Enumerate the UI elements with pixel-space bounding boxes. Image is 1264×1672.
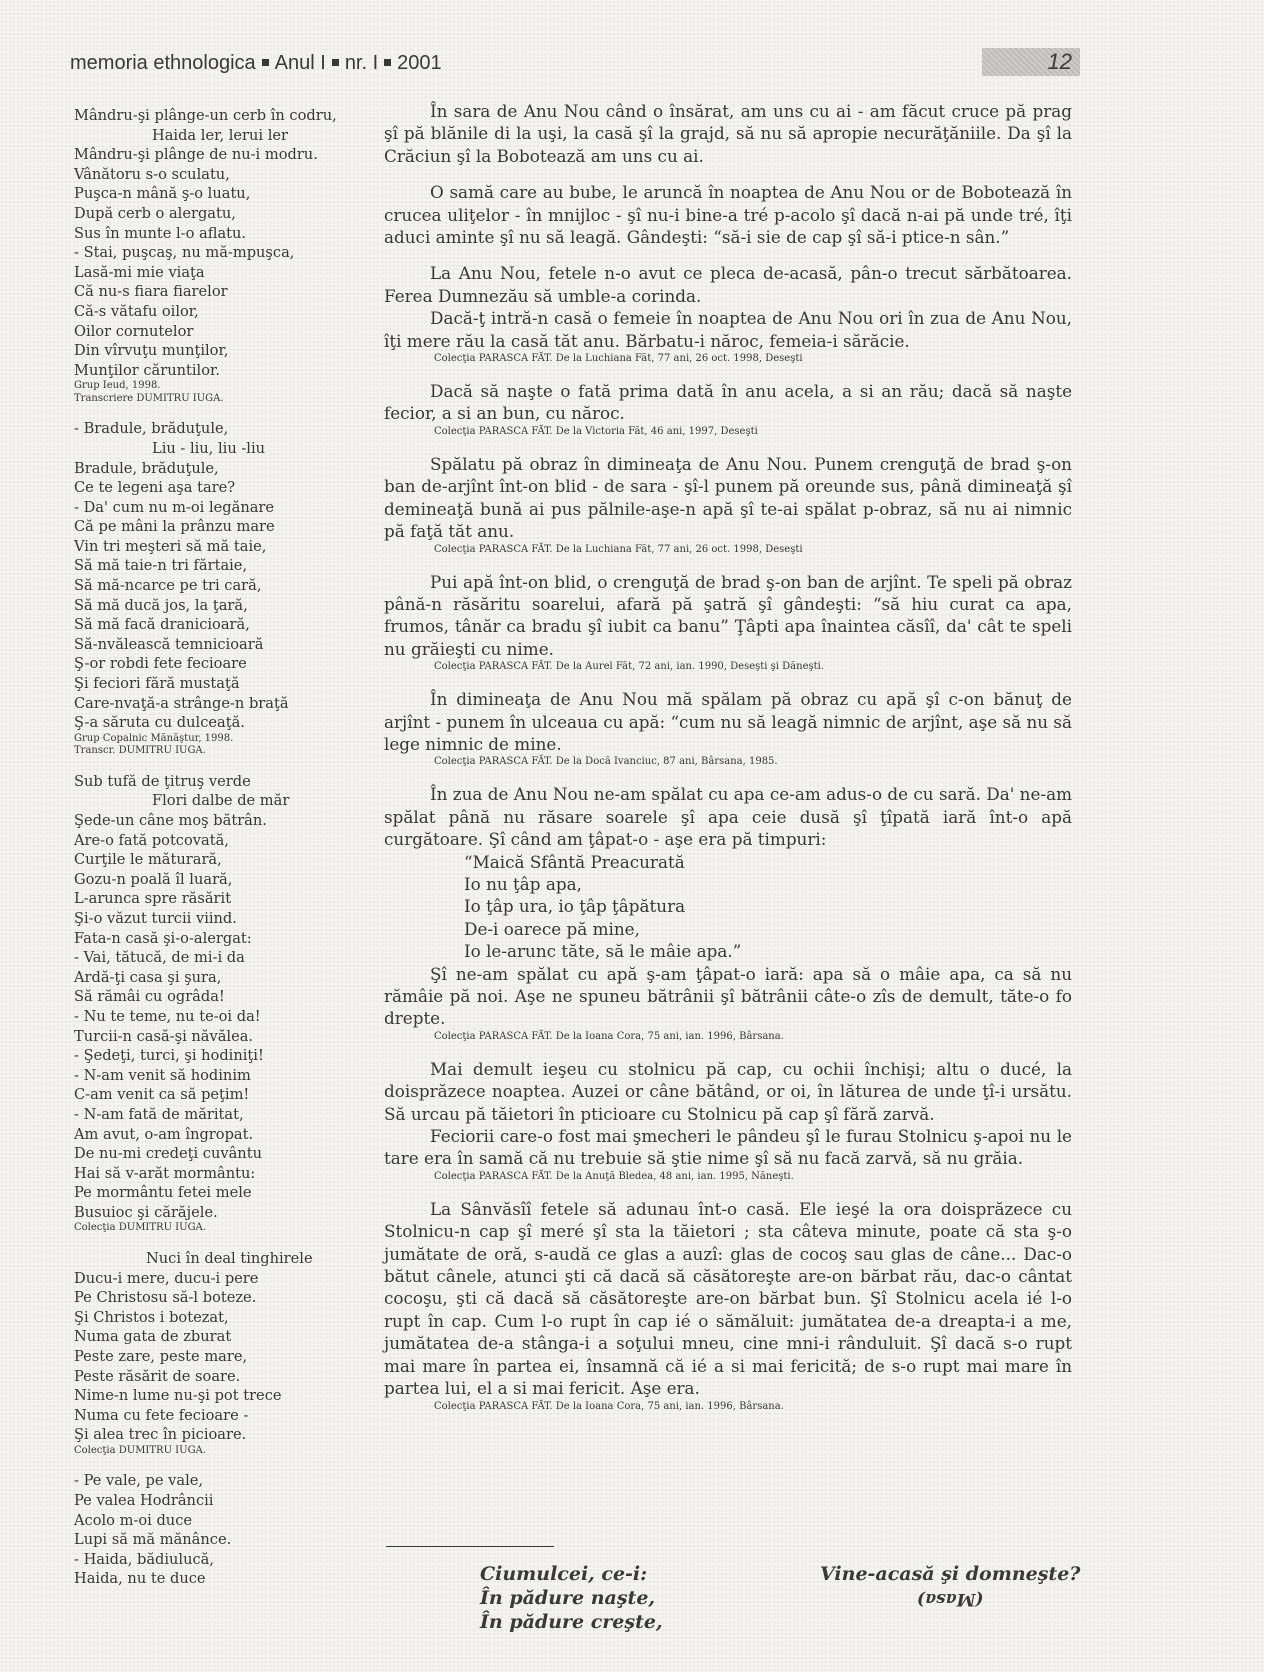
paragraph: În sara de Anu Nou când o însărat, am un…	[384, 100, 1072, 167]
paragraph: Feciorii care-o fost mai şmecheri le pân…	[384, 1125, 1072, 1170]
poem: Mândru-şi plânge-un cerb în codru, Haida…	[74, 106, 364, 405]
poem-line: Ş-or robdi fete fecioare	[74, 654, 364, 674]
issue: nr. I	[345, 52, 378, 74]
poem-refrain: Flori dalbe de măr	[74, 791, 364, 811]
poem-line: Vânătoru s-o sculatu,	[74, 165, 364, 185]
poem-line: Pe valea Hodrâncii	[74, 1491, 364, 1511]
poem-line: Lupi să mă mănânce.	[74, 1530, 364, 1550]
poem-line: Care-nvaţă-a strânge-n braţă	[74, 694, 364, 714]
page-number-box: 12	[982, 48, 1080, 76]
poem-line: Să mă-ncarce pe tri cară,	[74, 576, 364, 596]
riddle-answer: (Masa)	[917, 1587, 984, 1611]
source-credit: Colecţia PARASCA FĂT. De la Aurel Făt, 7…	[384, 660, 1072, 674]
poem-line: Bradule, brăduţule,	[74, 459, 364, 479]
poem-line: Să mă taie-n tri fărtaie,	[74, 556, 364, 576]
poem-line: Munţilor căruntilor.	[74, 361, 364, 381]
poem-line: Şi-o văzut turcii viind.	[74, 909, 364, 929]
poem-line: Peste zare, peste mare,	[74, 1347, 364, 1367]
poem-line: Şi feciori fără mustaţă	[74, 674, 364, 694]
riddle-line: În pădure naşte,	[480, 1586, 663, 1610]
poem-line: Puşca-n mână ş-o luatu,	[74, 184, 364, 204]
poem-line: Să-nvălească temnicioară	[74, 635, 364, 655]
right-column-prose: În sara de Anu Nou când o însărat, am un…	[384, 100, 1072, 1428]
poem-line: Numa cu fete fecioare -	[74, 1406, 364, 1426]
poem: Sub tufă de ţitruş verde Flori dalbe de …	[74, 772, 364, 1235]
journal-title: memoria ethnologica	[70, 52, 256, 74]
paragraph: În dimineaţa de Anu Nou mă spălam pă obr…	[384, 688, 1072, 755]
poem-line: Ş-a săruta cu dulceaţă.	[74, 713, 364, 733]
poem-credit: Colecţia DUMITRU IUGA.	[74, 1445, 364, 1458]
poem-line: Peste răsărit de soare.	[74, 1367, 364, 1387]
poem-line: Mândru-şi plânge de nu-i modru.	[74, 145, 364, 165]
running-header: memoria ethnologicaAnul Inr. I2001	[70, 52, 442, 75]
poem-line: Mândru-şi plânge-un cerb în codru,	[74, 106, 364, 126]
year: 2001	[397, 52, 442, 74]
source-credit: Colecţia PARASCA FĂT. De la Ioana Cora, …	[384, 1400, 1072, 1414]
poem-line: Pe mormântu fetei mele	[74, 1183, 364, 1203]
poem-line: Ce te legeni aşa tare?	[74, 478, 364, 498]
poem-line: - Bradule, brăduţule,	[74, 419, 364, 439]
poem-line: - Vai, tătucă, de mi-i da	[74, 948, 364, 968]
source-credit: Colecţia PARASCA FĂT. De la Luchiana Făt…	[384, 352, 1072, 366]
poem-line: - N-am venit să hodinim	[74, 1066, 364, 1086]
poem-credit: Transcr. DUMITRU IUGA.	[74, 745, 364, 758]
poem-line: C-am venit ca să peţim!	[74, 1085, 364, 1105]
paragraph: Dacă-ţ intră-n casă o femeie în noaptea …	[384, 307, 1072, 352]
verse-line: De-i oarece pă mine,	[464, 918, 1072, 940]
paragraph: Şî ne-am spălat cu apă ş-am ţâpat-o iară…	[384, 963, 1072, 1030]
poem-line: Lasă-mi mie viaţa	[74, 263, 364, 283]
source-credit: Colecţia PARASCA FĂT. De la Docă Ivanciu…	[384, 755, 1072, 769]
poem: - Pe vale, pe vale, Pe valea Hodrâncii A…	[74, 1471, 364, 1589]
paragraph: Pui apă înt-on blid, o crenguţă de brad …	[384, 571, 1072, 661]
poem-line: De nu-mi credeţi cuvântu	[74, 1144, 364, 1164]
poem-line: Nime-n lume nu-şi pot trece	[74, 1386, 364, 1406]
poem-credit: Transcriere DUMITRU IUGA.	[74, 393, 364, 406]
poem-line: După cerb o alergatu,	[74, 204, 364, 224]
poem-credit: Grup Copalnic Mănăştur, 1998.	[74, 733, 364, 746]
poem-line: Să mă ducă jos, la ţară,	[74, 596, 364, 616]
poem-line: Că-s vătafu oilor,	[74, 302, 364, 322]
poem-line: Ducu-i mere, ducu-i pere	[74, 1269, 364, 1289]
poem-line: Vin tri meşteri să mă taie,	[74, 537, 364, 557]
riddle-line: Vine-acasă şi domneşte?	[820, 1562, 1080, 1586]
divider-rule	[386, 1546, 554, 1547]
poem-line: Busuioc şi cărăjele.	[74, 1203, 364, 1223]
poem-line: - Pe vale, pe vale,	[74, 1471, 364, 1491]
poem-line: Curţile le măturară,	[74, 850, 364, 870]
verse-line: Io le-arunc tăte, să le mâie apa.”	[464, 940, 1072, 962]
poem-line: L-arunca spre răsărit	[74, 889, 364, 909]
poem-line: Că nu-s fiara fiarelor	[74, 282, 364, 302]
paragraph: În zua de Anu Nou ne-am spălat cu apa ce…	[384, 783, 1072, 850]
poem-credit: Colecţia DUMITRU IUGA.	[74, 1222, 364, 1235]
verse-line: “Maică Sfântă Preacurată	[464, 851, 1072, 873]
poem-line: Numa gata de zburat	[74, 1327, 364, 1347]
paragraph: Dacă să naşte o fată prima dată în anu a…	[384, 380, 1072, 425]
poem-line: Acolo m-oi duce	[74, 1511, 364, 1531]
poem-refrain: Liu - liu, liu -liu	[74, 439, 364, 459]
poem-line: Şi alea trec în picioare.	[74, 1425, 364, 1445]
poem-line: - Haida, bădiulucă,	[74, 1550, 364, 1570]
paragraph: Mai demult ieşeu cu stolnicu pă cap, cu …	[384, 1058, 1072, 1125]
poem-line: Turcii-n casă-şi năvălea.	[74, 1027, 364, 1047]
paragraph: La Anu Nou, fetele n-o avut ce pleca de-…	[384, 262, 1072, 307]
poem-line: Să rămâi cu ogrâda!	[74, 987, 364, 1007]
source-credit: Colecţia PARASCA FĂT. De la Luchiana Făt…	[384, 543, 1072, 557]
poem-line: Ardă-ţi casa şi şura,	[74, 968, 364, 988]
square-bullet-icon	[332, 59, 339, 66]
poem-line: Gozu-n poală îl luară,	[74, 870, 364, 890]
poem-line: Că pe mâni la prânzu mare	[74, 517, 364, 537]
poem-credit: Grup Ieud, 1998.	[74, 380, 364, 393]
left-column-poems: Mândru-şi plânge-un cerb în codru, Haida…	[74, 106, 364, 1589]
poem-line: Şi Christos i botezat,	[74, 1308, 364, 1328]
poem-line: Pe Christosu să-l boteze.	[74, 1288, 364, 1308]
poem-line: Fata-n casă şi-o-alergat:	[74, 929, 364, 949]
poem-line: Sub tufă de ţitruş verde	[74, 772, 364, 792]
paragraph: La Sânvăsîî fetele să adunau înt-o casă.…	[384, 1198, 1072, 1400]
paragraph: O samă care au bube, le aruncă în noapte…	[384, 181, 1072, 248]
poem-line: - N-am fată de măritat,	[74, 1105, 364, 1125]
source-credit: Colecţia PARASCA FĂT. De la Anuţă Bledea…	[384, 1170, 1072, 1184]
verse-line: Io nu ţâp apa,	[464, 873, 1072, 895]
poem-line: Din vîrvuţu munţilor,	[74, 341, 364, 361]
poem-line: Oilor cornutelor	[74, 322, 364, 342]
poem-line: Să mă facă dranicioară,	[74, 615, 364, 635]
poem-line: Are-o fată potcovată,	[74, 831, 364, 851]
poem-line: Sus în munte l-o aflatu.	[74, 224, 364, 244]
incantation-verse: “Maică Sfântă Preacurată Io nu ţâp apa, …	[384, 851, 1072, 963]
poem-line: Haida, nu te duce	[74, 1569, 364, 1589]
riddle-line: Ciumulcei, ce-i:	[480, 1562, 663, 1586]
volume: Anul I	[275, 52, 326, 74]
page-number: 12	[1048, 49, 1072, 75]
riddle: Ciumulcei, ce-i: În pădure naşte, În păd…	[480, 1562, 663, 1634]
poem-line: Şede-un câne moş bătrân.	[74, 811, 364, 831]
poem-line: Am avut, o-am îngropat.	[74, 1125, 364, 1145]
poem-refrain: Nuci în deal tinghirele	[74, 1249, 364, 1269]
poem-line: - Da' cum nu m-oi legănare	[74, 498, 364, 518]
paragraph: Spălatu pă obraz în dimineaţa de Anu Nou…	[384, 453, 1072, 543]
poem-line: Hai să v-arăt mormântu:	[74, 1164, 364, 1184]
source-credit: Colecţia PARASCA FĂT. De la Ioana Cora, …	[384, 1030, 1072, 1044]
poem-line: - Nu te teme, nu te-oi da!	[74, 1007, 364, 1027]
poem-refrain: Haida ler, lerui ler	[74, 126, 364, 146]
poem-line: - Stai, puşcaş, nu mă-mpuşca,	[74, 243, 364, 263]
source-credit: Colecţia PARASCA FĂT. De la Victoria Făt…	[384, 425, 1072, 439]
poem: - Bradule, brăduţule, Liu - liu, liu -li…	[74, 419, 364, 758]
square-bullet-icon	[384, 59, 391, 66]
riddle-ending: Vine-acasă şi domneşte? (Masa)	[820, 1562, 1080, 1611]
poem-line: - Şedeţi, turci, şi hodiniţi!	[74, 1046, 364, 1066]
poem: Nuci în deal tinghirele Ducu-i mere, duc…	[74, 1249, 364, 1457]
square-bullet-icon	[262, 59, 269, 66]
riddle-line: În pădure creşte,	[480, 1610, 663, 1634]
verse-line: Io ţâp ura, io ţâp ţâpătura	[464, 895, 1072, 917]
